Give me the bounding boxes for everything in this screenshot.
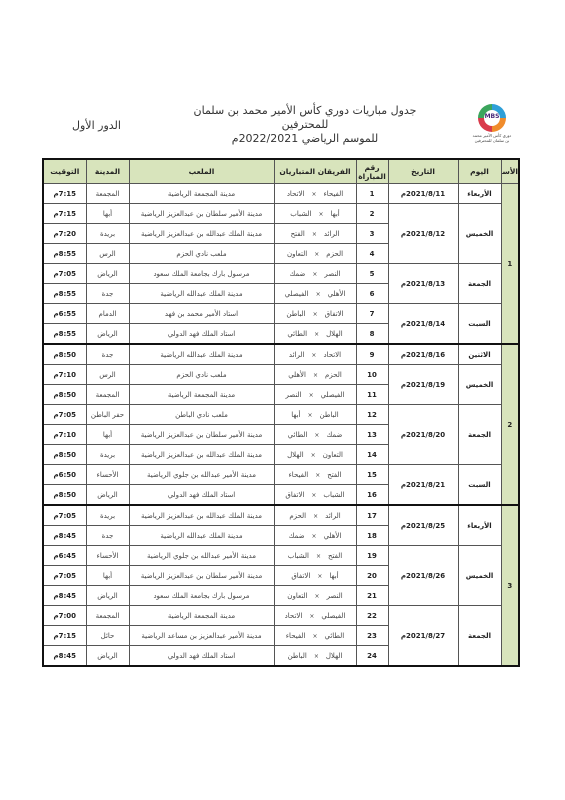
away-team: الأهلي bbox=[288, 371, 306, 379]
time-cell: 7:15م bbox=[43, 184, 86, 204]
home-team: الحزم bbox=[326, 250, 343, 258]
away-team: الفيصلي bbox=[285, 290, 309, 298]
time-cell: 7:10م bbox=[43, 365, 86, 385]
round-label: الدور الأول bbox=[72, 119, 121, 132]
time-cell: 8:55م bbox=[43, 284, 86, 304]
vs-icon: × bbox=[302, 392, 321, 399]
home-team: الحزم bbox=[325, 371, 342, 379]
col-week: الأسبوع bbox=[501, 159, 519, 184]
match-no: 4 bbox=[356, 244, 388, 264]
time-cell: 8:50م bbox=[43, 385, 86, 405]
away-team: الطائي bbox=[288, 431, 308, 439]
stadium-cell: ملعب نادي الحزم bbox=[129, 244, 274, 264]
col-day: اليوم bbox=[458, 159, 501, 184]
teams-cell: الفتح×الشباب bbox=[274, 546, 356, 566]
table-row: 3 الأربعاء 2021/8/25م 17 الرائد×الحزم مد… bbox=[43, 505, 519, 526]
vs-icon: × bbox=[307, 331, 326, 338]
city-cell: المجمعة bbox=[86, 385, 129, 405]
time-cell: 7:05م bbox=[43, 505, 86, 526]
city-cell: أبها bbox=[86, 425, 129, 445]
week-cell: 2 bbox=[501, 344, 519, 505]
city-cell: الرياض bbox=[86, 586, 129, 606]
vs-icon: × bbox=[304, 352, 323, 359]
day-cell: الخميس bbox=[458, 365, 501, 405]
teams-cell: الفيصلي×الاتحاد bbox=[274, 606, 356, 626]
teams-cell: أبها×الاتفاق bbox=[274, 566, 356, 586]
date-cell: 2021/8/26م bbox=[388, 546, 458, 606]
time-cell: 7:15م bbox=[43, 626, 86, 646]
stadium-cell: مدينة المجمعة الرياضية bbox=[129, 385, 274, 405]
stadium-cell: مدينة الأمير عبدالعزيز بن مساعد الرياضية bbox=[129, 626, 274, 646]
stadium-cell: استاد الملك فهد الدولي bbox=[129, 485, 274, 506]
stadium-cell: مدينة الملك عبدالله بن عبدالعزيز الرياضي… bbox=[129, 445, 274, 465]
city-cell: أبها bbox=[86, 566, 129, 586]
time-cell: 8:50م bbox=[43, 445, 86, 465]
away-team: الفيحاء bbox=[289, 471, 309, 479]
teams-cell: الباطن×أبها bbox=[274, 405, 356, 425]
home-team: الرائد bbox=[325, 512, 341, 520]
city-cell: أبها bbox=[86, 204, 129, 224]
time-cell: 8:50م bbox=[43, 344, 86, 365]
city-cell: جدة bbox=[86, 284, 129, 304]
away-team: أبها bbox=[291, 411, 300, 419]
home-team: الأهلي bbox=[328, 290, 346, 298]
table-row: الخميس 2021/8/26م 19 الفتح×الشباب مدينة … bbox=[43, 546, 519, 566]
match-no: 9 bbox=[356, 344, 388, 365]
home-team: الرائد bbox=[324, 230, 340, 238]
away-team: الباطن bbox=[288, 652, 307, 660]
vs-icon: × bbox=[305, 633, 324, 640]
home-team: أبها bbox=[330, 210, 339, 218]
away-team: الباطن bbox=[286, 310, 305, 318]
time-cell: 8:55م bbox=[43, 244, 86, 264]
time-cell: 6:55م bbox=[43, 304, 86, 324]
home-team: الاتفاق bbox=[325, 310, 344, 318]
vs-icon: × bbox=[306, 372, 325, 379]
city-cell: الرياض bbox=[86, 264, 129, 284]
away-team: الاتحاد bbox=[287, 190, 305, 198]
stadium-cell: مدينة الملك عبدالله بن عبدالعزيز الرياضي… bbox=[129, 505, 274, 526]
city-cell: جدة bbox=[86, 344, 129, 365]
match-no: 16 bbox=[356, 485, 388, 506]
away-team: ضمك bbox=[289, 532, 305, 540]
day-cell: السبت bbox=[458, 465, 501, 506]
vs-icon: × bbox=[302, 613, 321, 620]
teams-cell: الاتحاد×الرائد bbox=[274, 344, 356, 365]
date-cell: 2021/8/12م bbox=[388, 204, 458, 264]
time-cell: 8:45م bbox=[43, 646, 86, 667]
teams-cell: الفيصلي×النصر bbox=[274, 385, 356, 405]
teams-cell: الحزم×التعاون bbox=[274, 244, 356, 264]
col-stadium: الملعب bbox=[129, 159, 274, 184]
vs-icon: × bbox=[307, 432, 326, 439]
away-team: الاتفاق bbox=[285, 491, 304, 499]
page-title: جدول مباريات دوري كأس الأمير محمد بن سلم… bbox=[180, 104, 430, 146]
time-cell: 7:05م bbox=[43, 405, 86, 425]
home-team: الفيحاء bbox=[324, 190, 344, 198]
date-cell: 2021/8/27م bbox=[388, 606, 458, 667]
city-cell: الرياض bbox=[86, 485, 129, 506]
date-cell: 2021/8/14م bbox=[388, 304, 458, 345]
home-team: الأهلي bbox=[324, 532, 342, 540]
stadium-cell: استاد الملك فهد الدولي bbox=[129, 324, 274, 345]
away-team: النصر bbox=[285, 391, 301, 399]
match-no: 14 bbox=[356, 445, 388, 465]
home-team: الفيصلي bbox=[321, 391, 345, 399]
table-row: الخميس 2021/8/12م 2 أبها×الشباب مدينة ال… bbox=[43, 204, 519, 224]
match-no: 24 bbox=[356, 646, 388, 667]
stadium-cell: مدينة الأمير عبدالله بن جلوي الرياضية bbox=[129, 546, 274, 566]
teams-cell: الاتفاق×الباطن bbox=[274, 304, 356, 324]
city-cell: الرس bbox=[86, 365, 129, 385]
stadium-cell: استاد الأمير محمد بن فهد bbox=[129, 304, 274, 324]
home-team: الطائي bbox=[324, 632, 344, 640]
stadium-cell: مدينة الملك عبدالله الرياضية bbox=[129, 526, 274, 546]
time-cell: 7:10م bbox=[43, 425, 86, 445]
away-team: الهلال bbox=[287, 451, 304, 459]
vs-icon: × bbox=[308, 472, 327, 479]
vs-icon: × bbox=[310, 573, 329, 580]
vs-icon: × bbox=[307, 653, 326, 660]
away-team: الحزم bbox=[289, 512, 306, 520]
vs-icon: × bbox=[304, 452, 323, 459]
away-team: الاتحاد bbox=[285, 612, 303, 620]
city-cell: الرياض bbox=[86, 324, 129, 345]
logo-caption: دوري كأس الأمير محمد بن سلمان للمحترفين bbox=[470, 134, 514, 143]
date-cell: 2021/8/20م bbox=[388, 405, 458, 465]
date-cell: 2021/8/13م bbox=[388, 264, 458, 304]
day-cell: الجمعة bbox=[458, 405, 501, 465]
match-schedule-table: الأسبوع اليوم التاريخ رقم المباراة الفري… bbox=[42, 158, 520, 667]
match-no: 20 bbox=[356, 566, 388, 586]
match-no: 7 bbox=[356, 304, 388, 324]
city-cell: المجمعة bbox=[86, 184, 129, 204]
match-no: 21 bbox=[356, 586, 388, 606]
vs-icon: × bbox=[309, 291, 328, 298]
time-cell: 8:50م bbox=[43, 485, 86, 506]
stadium-cell: مرسول بارك بجامعة الملك سعود bbox=[129, 264, 274, 284]
week-cell: 3 bbox=[501, 505, 519, 666]
vs-icon: × bbox=[304, 492, 323, 499]
home-team: النصر bbox=[327, 592, 343, 600]
teams-cell: النصر×ضمك bbox=[274, 264, 356, 284]
away-team: ضمك bbox=[289, 270, 305, 278]
teams-cell: التعاون×الهلال bbox=[274, 445, 356, 465]
city-cell: الرياض bbox=[86, 646, 129, 667]
home-team: الفتح bbox=[327, 471, 341, 479]
stadium-cell: مدينة الملك عبدالله الرياضية bbox=[129, 344, 274, 365]
date-cell: 2021/8/16م bbox=[388, 344, 458, 365]
stadium-cell: مدينة الأمير سلطان بن عبدالعزيز الرياضية bbox=[129, 566, 274, 586]
match-no: 5 bbox=[356, 264, 388, 284]
vs-icon: × bbox=[306, 513, 325, 520]
away-team: الاتفاق bbox=[291, 572, 310, 580]
time-cell: 7:20م bbox=[43, 224, 86, 244]
match-no: 11 bbox=[356, 385, 388, 405]
stadium-cell: ملعب نادي الباطن bbox=[129, 405, 274, 425]
match-no: 6 bbox=[356, 284, 388, 304]
away-team: الطائي bbox=[287, 330, 307, 338]
match-no: 1 bbox=[356, 184, 388, 204]
teams-cell: النصر×التعاون bbox=[274, 586, 356, 606]
stadium-cell: مدينة المجمعة الرياضية bbox=[129, 184, 274, 204]
vs-icon: × bbox=[301, 412, 320, 419]
city-cell: بريدة bbox=[86, 224, 129, 244]
date-cell: 2021/8/19م bbox=[388, 365, 458, 405]
city-cell: الدمام bbox=[86, 304, 129, 324]
home-team: الاتحاد bbox=[323, 351, 341, 359]
city-cell: الأحساء bbox=[86, 546, 129, 566]
teams-cell: أبها×الشباب bbox=[274, 204, 356, 224]
day-cell: الاثنين bbox=[458, 344, 501, 365]
time-cell: 8:45م bbox=[43, 526, 86, 546]
table-row: الجمعة 2021/8/20م 12 الباطن×أبها ملعب نا… bbox=[43, 405, 519, 425]
home-team: التعاون bbox=[323, 451, 343, 459]
stadium-cell: مدينة الأمير سلطان بن عبدالعزيز الرياضية bbox=[129, 204, 274, 224]
match-no: 18 bbox=[356, 526, 388, 546]
title-line-1: جدول مباريات دوري كأس الأمير محمد بن سلم… bbox=[180, 104, 430, 132]
stadium-cell: مدينة الأمير سلطان بن عبدالعزيز الرياضية bbox=[129, 425, 274, 445]
match-no: 10 bbox=[356, 365, 388, 385]
logo-text: MBS bbox=[478, 113, 506, 120]
teams-cell: الطائي×الفيحاء bbox=[274, 626, 356, 646]
match-no: 23 bbox=[356, 626, 388, 646]
col-time: التوقيت bbox=[43, 159, 86, 184]
home-team: الفيصلي bbox=[321, 612, 345, 620]
vs-icon: × bbox=[307, 251, 326, 258]
stadium-cell: مرسول بارك بجامعة الملك سعود bbox=[129, 586, 274, 606]
teams-cell: الفتح×الفيحاء bbox=[274, 465, 356, 485]
match-no: 22 bbox=[356, 606, 388, 626]
teams-cell: الأهلي×الفيصلي bbox=[274, 284, 356, 304]
table-row: الجمعة 2021/8/27م 22 الفيصلي×الاتحاد مدي… bbox=[43, 606, 519, 626]
match-no: 15 bbox=[356, 465, 388, 485]
stadium-cell: مدينة الملك عبدالله بن عبدالعزيز الرياضي… bbox=[129, 224, 274, 244]
teams-cell: الشباب×الاتفاق bbox=[274, 485, 356, 506]
week-cell: 1 bbox=[501, 184, 519, 345]
home-team: أبها bbox=[329, 572, 338, 580]
away-team: الشباب bbox=[290, 210, 311, 218]
time-cell: 8:45م bbox=[43, 586, 86, 606]
col-teams: الفريقان المتباريان bbox=[274, 159, 356, 184]
city-cell: حفر الباطن bbox=[86, 405, 129, 425]
date-cell: 2021/8/25م bbox=[388, 505, 458, 546]
home-team: الهلال bbox=[326, 652, 343, 660]
city-cell: المجمعة bbox=[86, 606, 129, 626]
stadium-cell: ملعب نادي الحزم bbox=[129, 365, 274, 385]
away-team: التعاون bbox=[287, 592, 307, 600]
home-team: الشباب bbox=[323, 491, 344, 499]
teams-cell: الفيحاء×الاتحاد bbox=[274, 184, 356, 204]
time-cell: 8:55م bbox=[43, 324, 86, 345]
day-cell: الجمعة bbox=[458, 606, 501, 667]
teams-cell: الرائد×الحزم bbox=[274, 505, 356, 526]
vs-icon: × bbox=[311, 211, 330, 218]
date-cell: 2021/8/21م bbox=[388, 465, 458, 506]
day-cell: الخميس bbox=[458, 204, 501, 264]
table-row: الخميس 2021/8/19م 10 الحزم×الأهلي ملعب ن… bbox=[43, 365, 519, 385]
city-cell: بريدة bbox=[86, 505, 129, 526]
home-team: النصر bbox=[324, 270, 340, 278]
date-cell: 2021/8/11م bbox=[388, 184, 458, 204]
match-no: 3 bbox=[356, 224, 388, 244]
title-line-2: للموسم الرياضي 2022/2021م bbox=[180, 132, 430, 146]
away-team: الرائد bbox=[289, 351, 305, 359]
vs-icon: × bbox=[306, 311, 325, 318]
match-no: 8 bbox=[356, 324, 388, 345]
day-cell: الخميس bbox=[458, 546, 501, 606]
match-no: 2 bbox=[356, 204, 388, 224]
city-cell: بريدة bbox=[86, 445, 129, 465]
time-cell: 7:05م bbox=[43, 566, 86, 586]
teams-cell: الهلال×الباطن bbox=[274, 646, 356, 667]
city-cell: حائل bbox=[86, 626, 129, 646]
teams-cell: الأهلي×ضمك bbox=[274, 526, 356, 546]
table-row: 1 الأربعاء 2021/8/11م 1 الفيحاء×الاتحاد … bbox=[43, 184, 519, 204]
home-team: الهلال bbox=[326, 330, 343, 338]
city-cell: الأحساء bbox=[86, 465, 129, 485]
table-row: 2 الاثنين 2021/8/16م 9 الاتحاد×الرائد مد… bbox=[43, 344, 519, 365]
stadium-cell: مدينة المجمعة الرياضية bbox=[129, 606, 274, 626]
table-row: السبت 2021/8/21م 15 الفتح×الفيحاء مدينة … bbox=[43, 465, 519, 485]
col-date: التاريخ bbox=[388, 159, 458, 184]
teams-cell: الرائد×الفتح bbox=[274, 224, 356, 244]
city-cell: جدة bbox=[86, 526, 129, 546]
stadium-cell: مدينة الملك عبدالله الرياضية bbox=[129, 284, 274, 304]
day-cell: الجمعة bbox=[458, 264, 501, 304]
vs-icon: × bbox=[305, 271, 324, 278]
vs-icon: × bbox=[309, 553, 328, 560]
table-row: الجمعة 2021/8/13م 5 النصر×ضمك مرسول بارك… bbox=[43, 264, 519, 284]
header-row: الأسبوع اليوم التاريخ رقم المباراة الفري… bbox=[43, 159, 519, 184]
col-city: المدينة bbox=[86, 159, 129, 184]
time-cell: 7:00م bbox=[43, 606, 86, 626]
away-team: الشباب bbox=[288, 552, 309, 560]
day-cell: الأربعاء bbox=[458, 505, 501, 546]
home-team: الباطن bbox=[320, 411, 339, 419]
home-team: الفتح bbox=[328, 552, 342, 560]
time-cell: 6:45م bbox=[43, 546, 86, 566]
away-team: الفتح bbox=[291, 230, 305, 238]
teams-cell: الحزم×الأهلي bbox=[274, 365, 356, 385]
away-team: التعاون bbox=[287, 250, 307, 258]
stadium-cell: مدينة الأمير عبدالله بن جلوي الرياضية bbox=[129, 465, 274, 485]
away-team: الفيحاء bbox=[286, 632, 306, 640]
teams-cell: الهلال×الطائي bbox=[274, 324, 356, 345]
col-match-no: رقم المباراة bbox=[356, 159, 388, 184]
vs-icon: × bbox=[308, 593, 327, 600]
day-cell: السبت bbox=[458, 304, 501, 345]
match-no: 12 bbox=[356, 405, 388, 425]
teams-cell: ضمك×الطائي bbox=[274, 425, 356, 445]
day-cell: الأربعاء bbox=[458, 184, 501, 204]
vs-icon: × bbox=[305, 533, 324, 540]
vs-icon: × bbox=[304, 191, 323, 198]
match-no: 17 bbox=[356, 505, 388, 526]
stadium-cell: استاد الملك فهد الدولي bbox=[129, 646, 274, 667]
match-no: 13 bbox=[356, 425, 388, 445]
time-cell: 7:15م bbox=[43, 204, 86, 224]
time-cell: 6:50م bbox=[43, 465, 86, 485]
time-cell: 7:05م bbox=[43, 264, 86, 284]
match-no: 19 bbox=[356, 546, 388, 566]
vs-icon: × bbox=[305, 231, 324, 238]
league-logo: MBS دوري كأس الأمير محمد بن سلمان للمحتر… bbox=[470, 104, 514, 152]
home-team: ضمك bbox=[326, 431, 342, 439]
table-row: السبت 2021/8/14م 7 الاتفاق×الباطن استاد … bbox=[43, 304, 519, 324]
city-cell: الرس bbox=[86, 244, 129, 264]
